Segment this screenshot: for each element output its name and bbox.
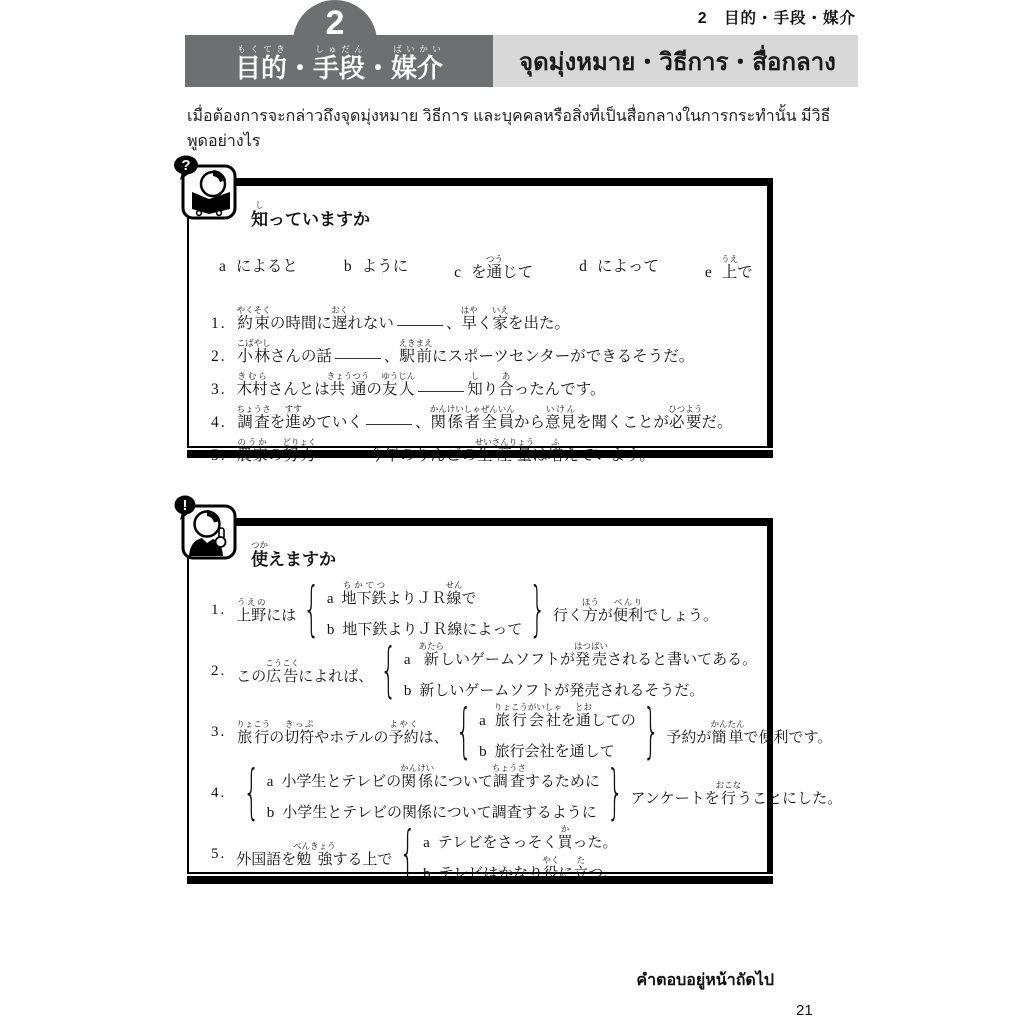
option-b: bように [344,254,408,282]
answer-blank [319,456,365,458]
exercise-item-2: 2. この広告こうこくによれば、 { a新あたらしいゲームソフトが発売はつばいさ… [211,643,753,700]
open-brace: { [303,581,320,640]
choice-b: bテレビはかなり役やくに立たつ。 [423,857,618,883]
svg-text:?: ? [181,157,190,174]
open-brace: { [243,764,260,823]
fill-in-sentences: 1.約束やくそくの時間に遅おくれない、早はやく家いえを出た。 2.小林こばやしさ… [211,300,753,465]
svg-text:!: ! [183,497,188,514]
chapter-banner: 目的もくてき・手段しゅだん・媒介ばいかい จุดมุ่งหมาย・วิธีการ… [185,35,858,87]
running-title: 2 目的・手段・媒介 [698,6,856,28]
choice-a: a旅行会社りょこうがいしゃを通とおしての [479,704,636,730]
option-e: e上うえで [705,254,753,282]
exclaim-thumbs-up-icon: ! [172,494,242,566]
answers-next-page-note: คำตอบอยู่หน้าถัดไป [636,968,774,993]
can-use-box: ! 使つかえますか 1. 上野うえのには { a地下鉄ちかてつよりＪＲ線せんで … [187,518,773,874]
answer-options-row: aによると bように cを通つうじて dによって e上うえで [219,254,753,282]
choice-b: b小学生とテレビの関係について調査するように [267,796,600,822]
open-brace: { [456,703,473,762]
choice-b: b新しいゲームソフトが発売されるそうだ。 [404,674,757,700]
sentence-4: 4.調査ちょうさを進すすめていく、関係者全員かんけいしゃぜんいんから意見いけんを… [211,399,753,432]
answer-blank [335,357,381,359]
choice-b: b旅行会社を通して [479,735,636,761]
open-brace: { [400,825,417,884]
exercise-item-4: 4. { a小学生とテレビの関係かんけいについて調査ちょうさするために b小学生… [211,765,753,822]
choice-a: a地下鉄ちかてつよりＪＲ線せんで [327,582,523,608]
intro-text-thai: เมื่อต้องการจะกล่าวถึงจุดมุ่งหมาย วิธีกา… [187,104,847,154]
exercise-item-3: 3. 旅行りょこうの切符きっぷやホテルの予約よやくは、 { a旅行会社りょこうが… [211,704,753,761]
choice-b: b地下鉄よりＪＲ線によって [327,613,523,639]
option-a: aによると [219,254,298,282]
sentence-1: 1.約束やくそくの時間に遅おくれない、早はやく家いえを出た。 [211,300,753,333]
close-brace: } [607,764,624,823]
know-it-box: ? 知しっていますか aによると bように cを通つうじて dによって e上うえ… [187,178,773,448]
option-c: cを通つうじて [454,254,533,282]
exercise-items: 1. 上野うえのには { a地下鉄ちかてつよりＪＲ線せんで b地下鉄よりＪＲ線に… [211,582,753,883]
sentence-3: 3.木村きむらさんとは共通きょうつうの友人ゆうじん知しり合あったんです。 [211,366,753,399]
chapter-number: 2 [293,4,377,43]
open-brace: { [380,642,397,701]
answer-blank [397,324,443,326]
close-brace: } [529,581,546,640]
box2-title: 使つかえますか [251,540,753,570]
exercise-item-1: 1. 上野うえのには { a地下鉄ちかてつよりＪＲ線せんで b地下鉄よりＪＲ線に… [211,582,753,639]
textbook-page: 2 目的・手段・媒介 2 目的もくてき・手段しゅだん・媒介ばいかい จุดมุ่… [0,0,1024,1024]
question-reader-icon: ? [172,154,242,226]
exercise-item-5: 5. 外国語を勉強べんきょうする上で { aテレビをさっそく買かった。 bテレビ… [211,826,753,883]
answer-blank [418,390,464,392]
chapter-title-thai: จุดมุ่งหมาย・วิธีการ・สื่อกลาง [493,35,858,87]
option-d: dによって [579,254,659,282]
sentence-2: 2.小林こばやしさんの話、駅前えきまえにスポーツセンターができるそうだ。 [211,333,753,366]
close-brace: } [643,703,660,762]
page-number: 21 [796,1002,813,1019]
box1-title: 知しっていますか [251,200,753,230]
sentence-5: 5.農家のうかの努力どりょく今年のりんごの生産量せいさんりょうは増ふえています。 [211,432,753,465]
answer-blank [366,423,412,425]
choice-a: a新あたらしいゲームソフトが発売はつばいされると書いてある。 [404,643,757,669]
choice-a: aテレビをさっそく買かった。 [423,826,618,852]
choice-a: a小学生とテレビの関係かんけいについて調査ちょうさするために [267,765,600,791]
